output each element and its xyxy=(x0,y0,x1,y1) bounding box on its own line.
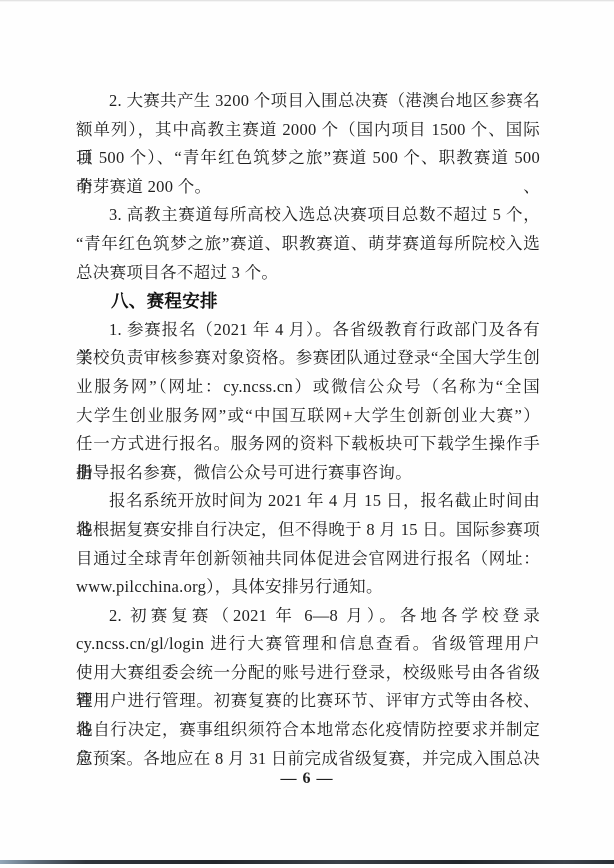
body-line: 大学生创业服务网”或“中国互联网+大学生创新创业大赛”） xyxy=(76,402,540,431)
body-line: 目 500 个）、“青年红色筑梦之旅”赛道 500 个、职教赛道 500 个、 xyxy=(76,144,540,173)
body-line: 指导报名参赛，微信公众号可进行赛事咨询。 xyxy=(76,459,540,488)
body-line: 2. 大赛共产生 3200 个项目入围总决赛（港澳台地区参赛名 xyxy=(76,87,540,116)
body-line: 总决赛项目各不超过 3 个。 xyxy=(76,259,540,288)
body-line: 额单列），其中高教主赛道 2000 个（国内项目 1500 个、国际项 xyxy=(76,116,540,145)
body-line: 任一方式进行报名。服务网的资料下载板块可下载学生操作手册 xyxy=(76,430,540,459)
body-line: 目通过全球青年创新领袖共同体促进会官网进行报名（网址： xyxy=(76,545,540,574)
body-line: cy.ncss.cn/gl/login 进行大赛管理和信息查看。省级管理用户 xyxy=(76,630,540,659)
page-number: — 6 — xyxy=(0,770,614,788)
body-line: 报名系统开放时间为 2021 年 4 月 15 日，报名截止时间由各 xyxy=(76,487,540,516)
body-line: 使用大赛组委会统一分配的账号进行登录，校级账号由各省级管 xyxy=(76,659,540,688)
body-line: 2. 初赛复赛（2021 年 6—8 月）。各地各学校登录 xyxy=(76,602,540,631)
body-line: 理用户进行管理。初赛复赛的比赛环节、评审方式等由各校、各 xyxy=(76,687,540,716)
body-line: 地自行决定，赛事组织须符合本地常态化疫情防控要求并制定应 xyxy=(76,716,540,745)
body-line: www.pilcchina.org），具体安排另行通知。 xyxy=(76,573,540,602)
body-line: 1. 参赛报名（2021 年 4 月）。各省级教育行政部门及各有关 xyxy=(76,316,540,345)
body-line: “青年红色筑梦之旅”赛道、职教赛道、萌芽赛道每所院校入选 xyxy=(76,230,540,259)
page-body: 2. 大赛共产生 3200 个项目入围总决赛（港澳台地区参赛名 额单列），其中高… xyxy=(76,87,540,773)
body-line: 急预案。各地应在 8 月 31 日前完成省级复赛，并完成入围总决 xyxy=(76,745,540,774)
scan-edge-top xyxy=(0,0,614,2)
document-page: 2. 大赛共产生 3200 个项目入围总决赛（港澳台地区参赛名 额单列），其中高… xyxy=(0,0,614,868)
body-line: 3. 高教主赛道每所高校入选总决赛项目总数不超过 5 个， xyxy=(76,201,540,230)
body-line: 地根据复赛安排自行决定，但不得晚于 8 月 15 日。国际参赛项 xyxy=(76,516,540,545)
body-line: 业服务网”（网址：cy.ncss.cn）或微信公众号（名称为“全国 xyxy=(76,373,540,402)
section-heading: 八、赛程安排 xyxy=(76,287,540,316)
body-line: 学校负责审核参赛对象资格。参赛团队通过登录“全国大学生创 xyxy=(76,344,540,373)
scan-edge-bottom xyxy=(0,860,614,864)
